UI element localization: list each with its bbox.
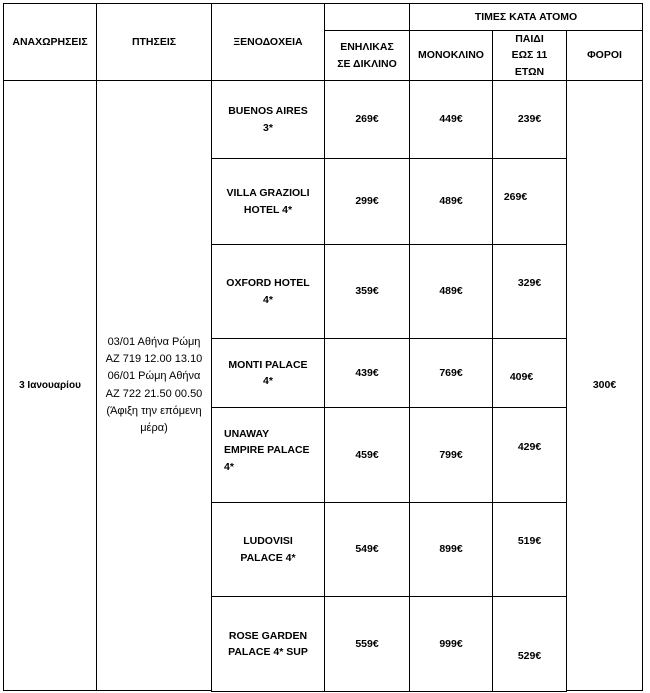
price-child: 269€ xyxy=(492,158,567,245)
price-single-text: 489€ xyxy=(439,193,462,209)
price-adult-double-text: 439€ xyxy=(355,365,378,381)
price-child-text: 409€ xyxy=(510,369,533,385)
price-single-text: 769€ xyxy=(439,365,462,381)
flight-line: AZ 722 21.50 00.50 xyxy=(106,386,203,403)
price-adult-double-text: 269€ xyxy=(355,111,378,127)
taxes-value: 300€ xyxy=(566,80,643,691)
header-departures: ΑΝΑΧΩΡΗΣΕΙΣ xyxy=(3,3,97,81)
hotel-name-text: MONTI PALACE 4* xyxy=(224,357,312,390)
hotel-name-text: VILLA GRAZIOLI HOTEL 4* xyxy=(224,185,312,218)
hotel-name: UNAWAY EMPIRE PALACE 4* xyxy=(211,407,325,503)
price-child-text: 429€ xyxy=(518,439,541,455)
header-prices-per-person: ΤΙΜΕΣ ΚΑΤΑ ΑΤΟΜΟ xyxy=(409,3,643,31)
price-adult-double: 559€ xyxy=(324,596,410,692)
header-hotels: ΞΕΝΟΔΟΧΕΙΑ xyxy=(211,3,325,81)
price-single: 999€ xyxy=(409,596,493,692)
flight-line: 03/01 Αθήνα Ρώμη xyxy=(106,334,203,351)
flight-line: 06/01 Ρώμη Αθήνα xyxy=(106,368,203,385)
hotel-name: BUENOS AIRES 3* xyxy=(211,80,325,159)
price-adult-double: 549€ xyxy=(324,502,410,597)
price-adult-double: 359€ xyxy=(324,244,410,339)
header-taxes: ΦΟΡΟΙ xyxy=(566,30,643,81)
hotel-name-text: UNAWAY EMPIRE PALACE 4* xyxy=(224,426,312,475)
header-adult-double: ΕΝΗΛΙΚΑΣ ΣΕ ΔΙΚΛΙΝΟ xyxy=(324,30,410,81)
price-child-text: 529€ xyxy=(518,648,541,664)
flight-line: AZ 719 12.00 13.10 xyxy=(106,351,203,368)
hotel-name: ROSE GARDEN PALACE 4* SUP xyxy=(211,596,325,692)
price-child: 409€ xyxy=(492,338,567,408)
flight-line: μέρα) xyxy=(106,420,203,437)
price-single: 489€ xyxy=(409,158,493,245)
header-flights: ΠΤΗΣΕΙΣ xyxy=(96,3,212,81)
price-single: 449€ xyxy=(409,80,493,159)
price-single-text: 999€ xyxy=(439,636,462,652)
price-adult-double-text: 559€ xyxy=(355,636,378,652)
hotel-name-text: OXFORD HOTEL 4* xyxy=(224,275,312,308)
price-child-text: 239€ xyxy=(518,111,541,127)
price-child: 429€ xyxy=(492,407,567,503)
hotel-name: VILLA GRAZIOLI HOTEL 4* xyxy=(211,158,325,245)
price-child-text: 329€ xyxy=(518,275,541,291)
price-adult-double-text: 299€ xyxy=(355,193,378,209)
hotel-name-text: BUENOS AIRES 3* xyxy=(224,103,312,136)
price-single: 799€ xyxy=(409,407,493,503)
price-adult-double: 439€ xyxy=(324,338,410,408)
hotel-name: OXFORD HOTEL 4* xyxy=(211,244,325,339)
header-single: ΜΟΝΟΚΛΙΝΟ xyxy=(409,30,493,81)
header-blank xyxy=(324,3,410,31)
price-child-text: 269€ xyxy=(504,189,527,205)
price-adult-double: 269€ xyxy=(324,80,410,159)
price-single: 489€ xyxy=(409,244,493,339)
departure-date: 3 Ιανουαρίου xyxy=(3,80,97,691)
price-adult-double-text: 359€ xyxy=(355,283,378,299)
flight-info: 03/01 Αθήνα Ρώμη AZ 719 12.00 13.10 06/0… xyxy=(96,80,212,691)
price-adult-double: 299€ xyxy=(324,158,410,245)
price-single: 769€ xyxy=(409,338,493,408)
price-single-text: 799€ xyxy=(439,447,462,463)
price-child: 329€ xyxy=(492,244,567,339)
price-child: 529€ xyxy=(492,596,567,692)
price-child-text: 519€ xyxy=(518,533,541,549)
hotel-name: LUDOVISI PALACE 4* xyxy=(211,502,325,597)
price-single-text: 899€ xyxy=(439,541,462,557)
price-adult-double: 459€ xyxy=(324,407,410,503)
hotel-name-text: ROSE GARDEN PALACE 4* SUP xyxy=(224,628,312,661)
price-adult-double-text: 549€ xyxy=(355,541,378,557)
price-child: 519€ xyxy=(492,502,567,597)
price-child: 239€ xyxy=(492,80,567,159)
price-adult-double-text: 459€ xyxy=(355,447,378,463)
price-single: 899€ xyxy=(409,502,493,597)
hotel-name: MONTI PALACE 4* xyxy=(211,338,325,408)
flight-line: (Άφιξη την επόμενη xyxy=(106,403,203,420)
hotel-name-text: LUDOVISI PALACE 4* xyxy=(224,533,312,566)
header-child: ΠΑΙΔΙ ΕΩΣ 11 ΕΤΩΝ xyxy=(492,30,567,81)
price-single-text: 489€ xyxy=(439,283,462,299)
price-single-text: 449€ xyxy=(439,111,462,127)
price-table: ΑΝΑΧΩΡΗΣΕΙΣ ΠΤΗΣΕΙΣ ΞΕΝΟΔΟΧΕΙΑ ΤΙΜΕΣ ΚΑΤ… xyxy=(3,3,643,691)
